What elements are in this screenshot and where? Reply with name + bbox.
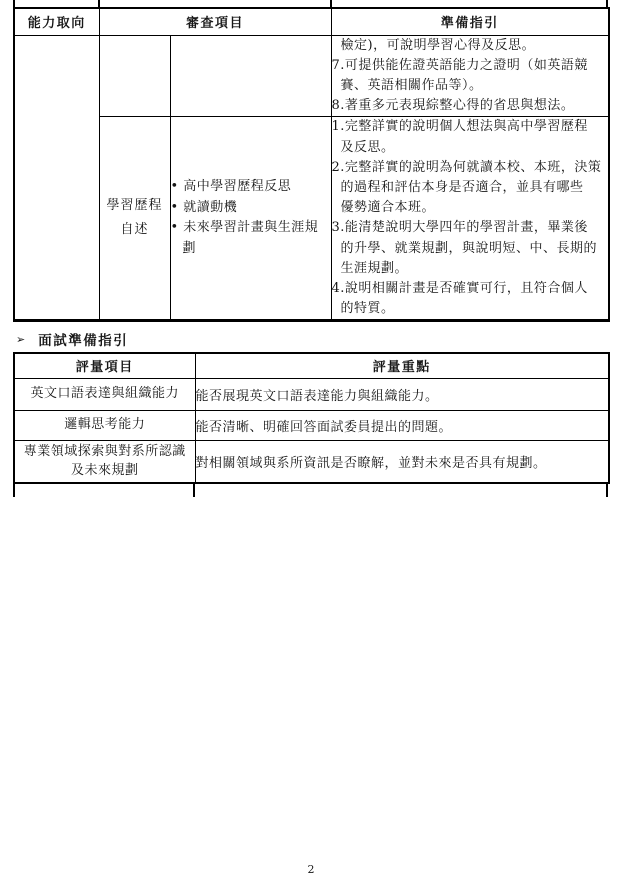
table2-point-cell: 能否展現英文口語表達能力與組織能力。 [195,378,609,410]
item-line: 專業領域探索與對系所認識 [15,442,195,462]
table-continuation-mark [13,484,15,497]
table-row: 英文口語表達與組織能力 能否展現英文口語表達能力與組織能力。 [14,378,609,410]
guidance-line: 7.可提供能佐證英語能力之證明（如英語競 [332,56,609,76]
guidance-line: 1.完整詳實的說明個人想法與高中學習歷程 [332,117,609,137]
table2-item-cell: 英文口語表達與組織能力 [14,378,195,410]
review-item-line: • 高中學習歷程反思 [171,177,331,198]
page-number: 2 [0,863,622,876]
item-line: 邏輯思考能力 [15,415,195,435]
section-title: 面試準備指引 [38,329,128,349]
table-continuation-mark [193,484,195,497]
guidance-line: 4.說明相關計畫是否確實可行，且符合個人 [332,279,609,299]
interview-section-header: ➢ 面試準備指引 [16,329,128,349]
table1-header-guidance: 準備指引 [331,8,609,35]
guidance-line: 3.能清楚說明大學四年的學習計畫，畢業後 [332,218,609,238]
guidance-line: 的過程和評估本身是否適合，並具有哪些 [332,178,609,198]
table1-review-items-cell: • 高中學習歷程反思 • 就讀動機 • 未來學習計畫與生涯規 劃 [170,117,331,321]
table1-guidance-cell: 1.完整詳實的說明個人想法與高中學習歷程 及反思。 2.完整詳實的說明為何就讀本… [331,117,609,321]
review-item-line: 劃 [171,239,331,260]
table1-guidance-continuation-cell: 檢定)，可說明學習心得及反思。 7.可提供能佐證英語能力之證明（如英語競 賽、英… [331,35,609,117]
table1-header-review-items: 審查項目 [99,8,331,35]
guidance-line: 的升學、就業規劃，與說明短、中、長期的 [332,239,609,259]
table1-portfolio-row: 學習歷程 自述 • 高中學習歷程反思 • 就讀動機 • 未來學習計畫與生涯規 劃… [14,117,609,321]
item-line: 英文口語表達與組織能力 [15,384,195,404]
table-row: 邏輯思考能力 能否清晰、明確回答面試委員提出的問題。 [14,410,609,440]
item-line: 及未來規劃 [15,461,195,481]
table2-point-cell: 能否清晰、明確回答面試委員提出的問題。 [195,410,609,440]
document-page: 能力取向 審查項目 準備指引 檢定)，可說明學習心得及反思。 7.可提供能佐證英… [0,0,622,896]
ability-review-table: 能力取向 審查項目 準備指引 檢定)，可說明學習心得及反思。 7.可提供能佐證英… [13,7,610,322]
table1-continuation-row: 檢定)，可說明學習心得及反思。 7.可提供能佐證英語能力之證明（如英語競 賽、英… [14,35,609,117]
guidance-line: 檢定)，可說明學習心得及反思。 [332,36,609,56]
category-line: 自述 [100,218,170,242]
table-row: 專業領域探索與對系所認識 及未來規劃 對相關領域與系所資訊是否瞭解，並對未來是否… [14,440,609,483]
table1-items-cell-empty [170,35,331,117]
guidance-line: 的特質。 [332,299,609,319]
category-line: 學習歷程 [100,194,170,218]
guidance-line: 生涯規劃。 [332,259,609,279]
table-continuation-mark [606,484,608,497]
arrow-bullet-icon: ➢ [16,334,25,345]
guidance-line: 8.著重多元表現綜整心得的省思與想法。 [332,96,609,116]
table2-item-cell: 邏輯思考能力 [14,410,195,440]
table2-item-cell: 專業領域探索與對系所認識 及未來規劃 [14,440,195,483]
table1-header-row: 能力取向 審查項目 準備指引 [14,8,609,35]
table1-header-ability: 能力取向 [14,8,99,35]
table2-header-point: 評量重點 [195,353,609,378]
guidance-line: 賽、英語相關作品等）。 [332,76,609,96]
guidance-line: 2.完整詳實的說明為何就讀本校、本班，決策 [332,158,609,178]
interview-assessment-table: 評量項目 評量重點 英文口語表達與組織能力 能否展現英文口語表達能力與組織能力。… [13,352,610,484]
table1-category-cell: 學習歷程 自述 [99,117,170,321]
review-item-line: • 就讀動機 [171,198,331,219]
table1-category-cell-empty [99,35,170,117]
guidance-line: 優勢適合本班。 [332,198,609,218]
guidance-line: 及反思。 [332,138,609,158]
table2-point-cell: 對相關領域與系所資訊是否瞭解，並對未來是否具有規劃。 [195,440,609,483]
table1-ability-cell-empty [14,35,99,321]
review-item-line: • 未來學習計畫與生涯規 [171,218,331,239]
table2-header-row: 評量項目 評量重點 [14,353,609,378]
table2-header-item: 評量項目 [14,353,195,378]
